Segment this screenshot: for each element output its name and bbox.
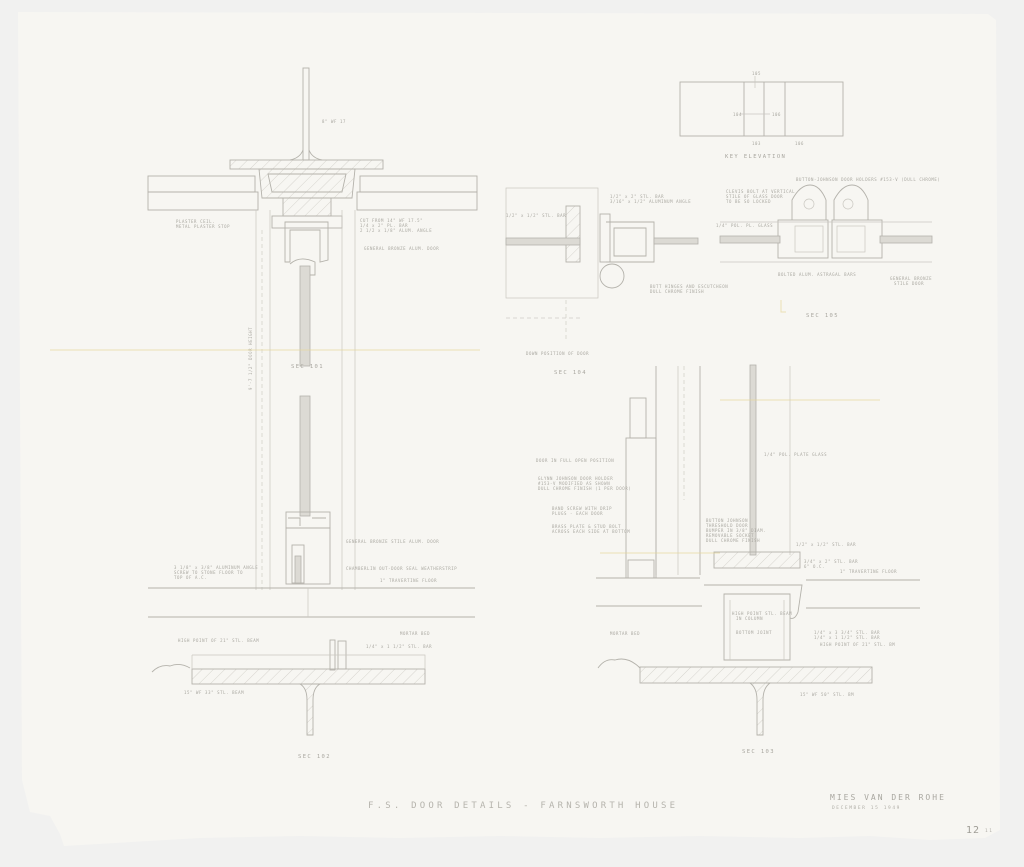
svg-text:2 1/2 x 1/8" ALUM. ANGLE: 2 1/2 x 1/8" ALUM. ANGLE [360,228,432,233]
section-label-103: SEC 103 [742,749,775,755]
svg-text:9'-7 1/2" DOOR HEIGHT: 9'-7 1/2" DOOR HEIGHT [248,327,253,390]
svg-text:MORTAR BED: MORTAR BED [400,631,430,636]
svg-text:8" WF 17: 8" WF 17 [322,119,346,124]
section-label-101: SEC 101 [291,364,324,370]
svg-text:1/4" x 1 1/2" STL. BAR: 1/4" x 1 1/2" STL. BAR [814,635,880,640]
svg-text:CHAMBERLIN OUT-DOOR SEAL WEATH: CHAMBERLIN OUT-DOOR SEAL WEATHERSTRIP [346,566,457,571]
svg-text:1/2" x 1/2" STL. BAR: 1/2" x 1/2" STL. BAR [506,213,566,218]
svg-text:METAL PLASTER STOP: METAL PLASTER STOP [176,224,230,229]
key-elevation-label: KEY ELEVATION [725,154,786,160]
svg-text:ACROSS EACH SIDE AT BOTTOM: ACROSS EACH SIDE AT BOTTOM [552,529,630,534]
section-label-104: SEC 104 [554,370,587,376]
svg-text:GENERAL BRONZE STILE ALUM. DOO: GENERAL BRONZE STILE ALUM. DOOR [346,539,439,544]
section-label-105: SEC 105 [806,313,839,319]
svg-text:6" O.C.: 6" O.C. [804,564,825,569]
svg-text:PLUGS - EACH DOOR: PLUGS - EACH DOOR [552,511,603,516]
svg-text:105: 105 [752,71,761,76]
svg-text:HIGH POINT OF 21" STL. BM: HIGH POINT OF 21" STL. BM [820,642,895,647]
svg-text:TO BE SO LOCKED: TO BE SO LOCKED [726,199,771,204]
svg-text:IN COLUMN: IN COLUMN [736,616,763,621]
svg-text:15" WF 50" STL. BM: 15" WF 50" STL. BM [800,692,854,697]
svg-text:BOTTOM JOINT: BOTTOM JOINT [736,630,772,635]
svg-text:104: 104 [733,112,742,117]
svg-text:DULL CHROME FINISH: DULL CHROME FINISH [706,538,760,543]
drawing-date: DECEMBER 15 1949 [832,805,901,811]
svg-text:BOLTED ALUM. ASTRAGAL BARS: BOLTED ALUM. ASTRAGAL BARS [778,272,856,277]
svg-text:1/4" x 1 1/2" STL. BAR: 1/4" x 1 1/2" STL. BAR [366,644,432,649]
svg-text:DULL CHROME FINISH: DULL CHROME FINISH [650,289,704,294]
svg-text:STILE DOOR: STILE DOOR [894,281,924,286]
svg-text:1/4" POL. PL. GLASS: 1/4" POL. PL. GLASS [716,223,773,228]
svg-text:BUTTON-JOHNSON DOOR HOLDERS #1: BUTTON-JOHNSON DOOR HOLDERS #153-V (DULL… [796,177,940,182]
svg-text:3/16" x 1/2" ALUMINUM ANGLE: 3/16" x 1/2" ALUMINUM ANGLE [610,199,691,204]
svg-text:103: 103 [752,141,761,146]
svg-text:DOWN POSITION OF DOOR: DOWN POSITION OF DOOR [526,351,589,356]
svg-text:HIGH POINT OF 21" STL. BEAM: HIGH POINT OF 21" STL. BEAM [178,638,259,643]
paper-sheet [18,12,1000,846]
svg-text:106: 106 [795,141,804,146]
svg-text:15" WF 33" STL. BEAM: 15" WF 33" STL. BEAM [184,690,244,695]
architect-name: MIES VAN DER ROHE [830,793,946,802]
svg-text:1" TRAVERTINE FLOOR: 1" TRAVERTINE FLOOR [840,569,897,574]
sheet-number: 12 [966,825,980,836]
svg-text:TOP OF A.C.: TOP OF A.C. [174,575,207,580]
drawing-title: F.S. DOOR DETAILS - FARNSWORTH HOUSE [368,801,678,811]
svg-text:1/2" x 1/2" STL. BAR: 1/2" x 1/2" STL. BAR [796,542,856,547]
svg-text:DULL CHROME FINISH (1 PER DOOR: DULL CHROME FINISH (1 PER DOOR) [538,486,631,491]
svg-text:1/4" POL. PLATE GLASS: 1/4" POL. PLATE GLASS [764,452,827,457]
drawing-sheet: 105 104 106 103 106 KEY ELEVATION 8" [0,0,1024,867]
svg-text:MORTAR BED: MORTAR BED [610,631,640,636]
svg-text:106: 106 [772,112,781,117]
svg-text:1" TRAVERTINE FLOOR: 1" TRAVERTINE FLOOR [380,578,437,583]
svg-text:GENERAL BRONZE ALUM. DOOR: GENERAL BRONZE ALUM. DOOR [364,246,439,251]
svg-text:DOOR IN FULL OPEN POSITION: DOOR IN FULL OPEN POSITION [536,458,614,463]
section-label-102: SEC 102 [298,754,331,760]
sheet-suffix: 11 [985,828,994,834]
